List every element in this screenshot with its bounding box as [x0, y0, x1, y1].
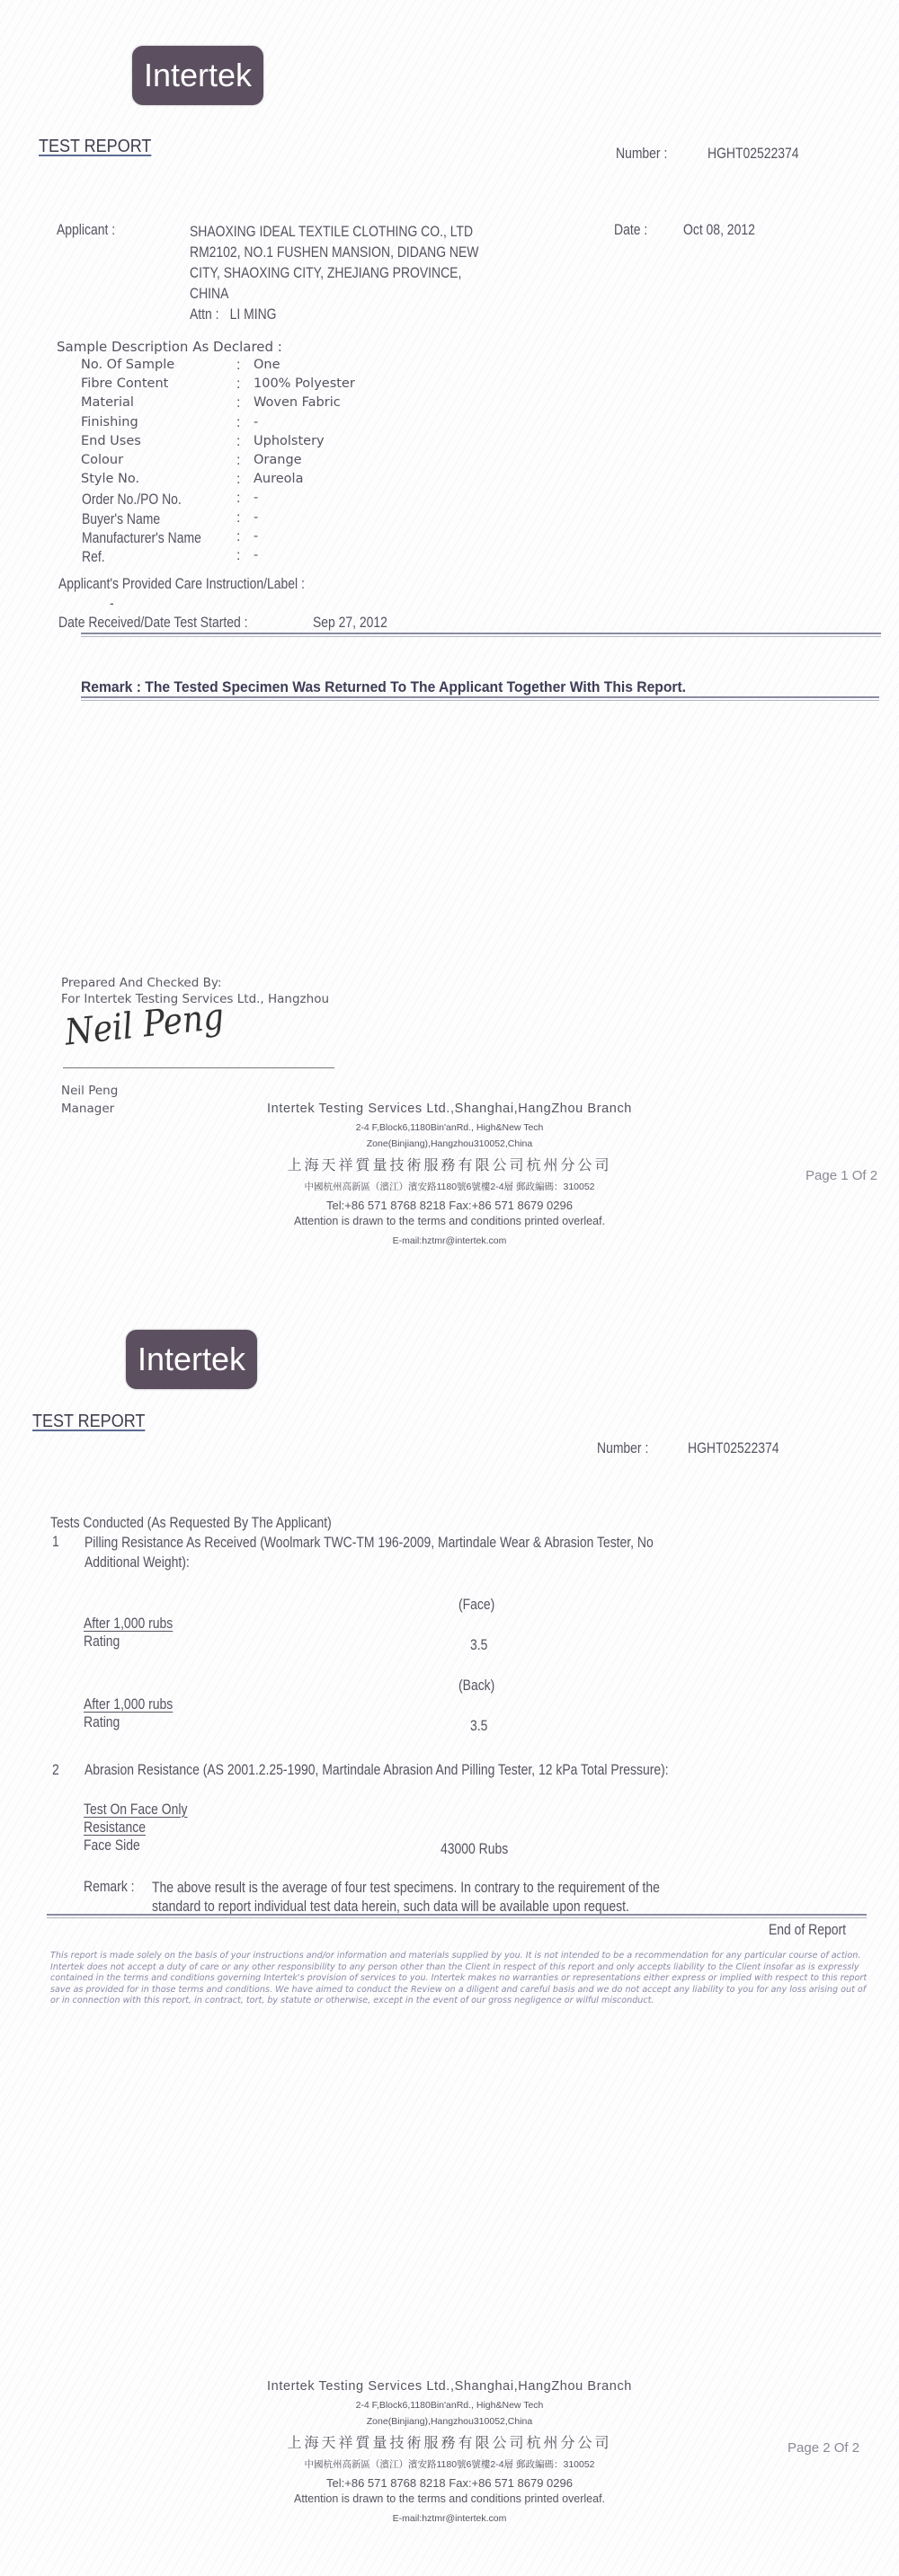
sample-row-value: Aureola [254, 472, 303, 486]
applicant-line: RM2102, NO.1 FUSHEN MANSION, DIDANG NEW [190, 242, 478, 262]
footer-email[interactable]: E-mail:hztmr@intertek.com [225, 1235, 674, 1246]
sample-row-label: Manufacturer's Name [82, 529, 201, 547]
page-number: Page 2 Of 2 [788, 2440, 859, 2456]
result-metric: Rating [84, 1713, 120, 1731]
sample-description-heading: Sample Description As Declared : [57, 339, 282, 355]
report-page-2: Intertek TEST REPORT Number : HGHT025223… [0, 1285, 899, 2576]
footer-company-cn: 上海天祥質量技術服務有限公司杭州分公司 [225, 1154, 674, 1174]
remark-text: The above result is the average of four … [152, 1878, 660, 1916]
remark-returned-specimen: Remark : The Tested Specimen Was Returne… [81, 678, 686, 696]
sample-row-separator: : [236, 510, 240, 527]
applicant-line: CITY, SHAOXING CITY, ZHEJIANG PROVINCE, [190, 262, 478, 283]
footer-contact: Tel:+86 571 8768 8218 Fax:+86 571 8679 0… [225, 2476, 674, 2490]
sample-row-value: One [254, 358, 280, 372]
sample-row-separator: : [236, 395, 240, 412]
footer-email[interactable]: E-mail:hztmr@intertek.com [225, 2513, 674, 2524]
result-value-back: 3.5 [470, 1717, 487, 1735]
result-condition: After 1,000 rubs [84, 1615, 173, 1633]
disclaimer: This report is made solely on the basis … [50, 1951, 870, 2007]
intertek-logo: Intertek [132, 46, 263, 105]
sample-row-separator: : [236, 491, 240, 507]
footer-attention: Attention is drawn to the terms and cond… [225, 2492, 674, 2505]
applicant-label: Applicant : [57, 221, 115, 239]
signer-name: Neil Peng [61, 1082, 118, 1100]
test-index: 1 [52, 1533, 59, 1551]
test-2-title: Abrasion Resistance (AS 2001.2.25-1990, … [85, 1761, 669, 1779]
sample-row-label: Order No./PO No. [82, 491, 182, 509]
signer-role: Manager [61, 1100, 118, 1118]
sample-row-separator: : [236, 434, 240, 450]
report-number-label: Number : [616, 145, 667, 163]
date-value: Oct 08, 2012 [683, 221, 755, 239]
sample-row-value: - [254, 510, 258, 525]
sample-row-value: Upholstery [254, 434, 325, 448]
date-label: Date : [614, 221, 647, 239]
attn-line: Attn : LI MING [190, 304, 478, 324]
section-divider [81, 633, 881, 637]
sample-row-separator: : [236, 415, 240, 431]
prepared-by-label: Prepared And Checked By: [61, 975, 329, 991]
test-1-title: Pilling Resistance As Received (Woolmark… [85, 1533, 654, 1572]
date-received-value: Sep 27, 2012 [313, 614, 387, 632]
footer-address-1: 2-4 F,Block6,1180Bin'anRd., High&New Tec… [225, 1122, 674, 1133]
sample-row-value: - [254, 529, 258, 544]
report-title: TEST REPORT [39, 137, 151, 157]
sample-row-separator: : [236, 376, 240, 393]
date-received-label: Date Received/Date Test Started : [58, 614, 248, 632]
report-title: TEST REPORT [32, 1412, 145, 1432]
footer-address-2: Zone(Binjiang),Hangzhou310052,China [225, 2416, 674, 2427]
report-number-label: Number : [597, 1439, 648, 1457]
footer-address-cn: 中國杭州高新區（濱江）濱安路1180號6號樓2-4層 郵政編碼：310052 [225, 1180, 674, 1193]
remark-line: standard to report individual test data … [152, 1897, 660, 1916]
applicant-line: CHINA [190, 283, 478, 304]
footer-address-2: Zone(Binjiang),Hangzhou310052,China [225, 1138, 674, 1149]
signer-block: Neil Peng Manager [61, 1082, 118, 1118]
footer-attention: Attention is drawn to the terms and cond… [225, 1215, 674, 1227]
test-2-subheading: Resistance [84, 1819, 146, 1837]
sample-row-label: Ref. [82, 548, 105, 566]
sample-row-separator: : [236, 472, 240, 488]
test-2-subheading: Test On Face Only [84, 1801, 187, 1819]
result-value-face: 3.5 [470, 1636, 487, 1654]
page-footer: Intertek Testing Services Ltd.,Shanghai,… [225, 1102, 674, 1246]
sample-row-separator: : [236, 358, 240, 374]
signature-line [63, 1067, 334, 1068]
applicant-line: SHAOXING IDEAL TEXTILE CLOTHING CO., LTD [190, 221, 478, 242]
care-label-heading: Applicant's Provided Care Instruction/La… [58, 575, 305, 593]
sample-row-value: 100% Polyester [254, 376, 355, 391]
page-number: Page 1 Of 2 [806, 1168, 877, 1183]
sample-row-value: - [254, 415, 258, 429]
footer-address-cn: 中國杭州高新區（濱江）濱安路1180號6號樓2-4層 郵政編碼：310052 [225, 2457, 674, 2471]
sample-row-separator: : [236, 548, 240, 564]
sample-row-label: Style No. [81, 472, 139, 486]
sample-row-label: End Uses [81, 434, 141, 448]
sample-row-label: Finishing [81, 415, 138, 429]
section-divider [81, 696, 879, 701]
attn-value: LI MING [230, 305, 277, 323]
sample-row-value: - [254, 491, 258, 505]
footer-contact: Tel:+86 571 8768 8218 Fax:+86 571 8679 0… [225, 1199, 674, 1212]
sample-row-label: Colour [81, 453, 123, 467]
result-metric: Rating [84, 1633, 120, 1651]
applicant-address: SHAOXING IDEAL TEXTILE CLOTHING CO., LTD… [190, 221, 478, 324]
sample-row-value: - [254, 548, 258, 562]
footer-company: Intertek Testing Services Ltd.,Shanghai,… [225, 1102, 674, 1116]
test-title-line: Pilling Resistance As Received (Woolmark… [85, 1533, 654, 1553]
sample-row-label: Buyer's Name [82, 510, 160, 528]
sample-row-label: Fibre Content [81, 376, 168, 391]
sample-row-label: No. Of Sample [81, 358, 174, 372]
sample-row-value: Woven Fabric [254, 395, 341, 410]
footer-company: Intertek Testing Services Ltd.,Shanghai,… [225, 2379, 674, 2394]
attn-label: Attn : [190, 305, 219, 323]
footer-address-1: 2-4 F,Block6,1180Bin'anRd., High&New Tec… [225, 2400, 674, 2411]
tests-heading: Tests Conducted (As Requested By The App… [50, 1514, 332, 1532]
report-number-value: HGHT02522374 [708, 145, 799, 163]
result-metric: Face Side [84, 1837, 140, 1855]
test-index: 2 [52, 1761, 59, 1779]
sample-row-separator: : [236, 529, 240, 545]
sample-row-value: Orange [254, 453, 302, 467]
result-condition: After 1,000 rubs [84, 1695, 173, 1713]
page-footer: Intertek Testing Services Ltd.,Shanghai,… [225, 2379, 674, 2524]
care-label-value: - [110, 595, 114, 613]
section-divider [47, 1914, 867, 1918]
test-title-line: Additional Weight): [85, 1553, 654, 1572]
sample-row-label: Material [81, 395, 134, 410]
result-value-abrasion: 43000 Rubs [441, 1840, 508, 1858]
end-of-report: End of Report [769, 1921, 846, 1939]
footer-company-cn: 上海天祥質量技術服務有限公司杭州分公司 [225, 2431, 674, 2452]
sample-row-separator: : [236, 453, 240, 469]
report-page-1: Intertek TEST REPORT Number : HGHT025223… [0, 0, 899, 1285]
result-side-back: (Back) [458, 1677, 494, 1695]
remark-label: Remark : [84, 1878, 135, 1896]
report-number-value: HGHT02522374 [688, 1439, 779, 1457]
remark-line: The above result is the average of four … [152, 1878, 660, 1897]
intertek-logo: Intertek [126, 1330, 257, 1389]
result-side-face: (Face) [458, 1596, 494, 1614]
